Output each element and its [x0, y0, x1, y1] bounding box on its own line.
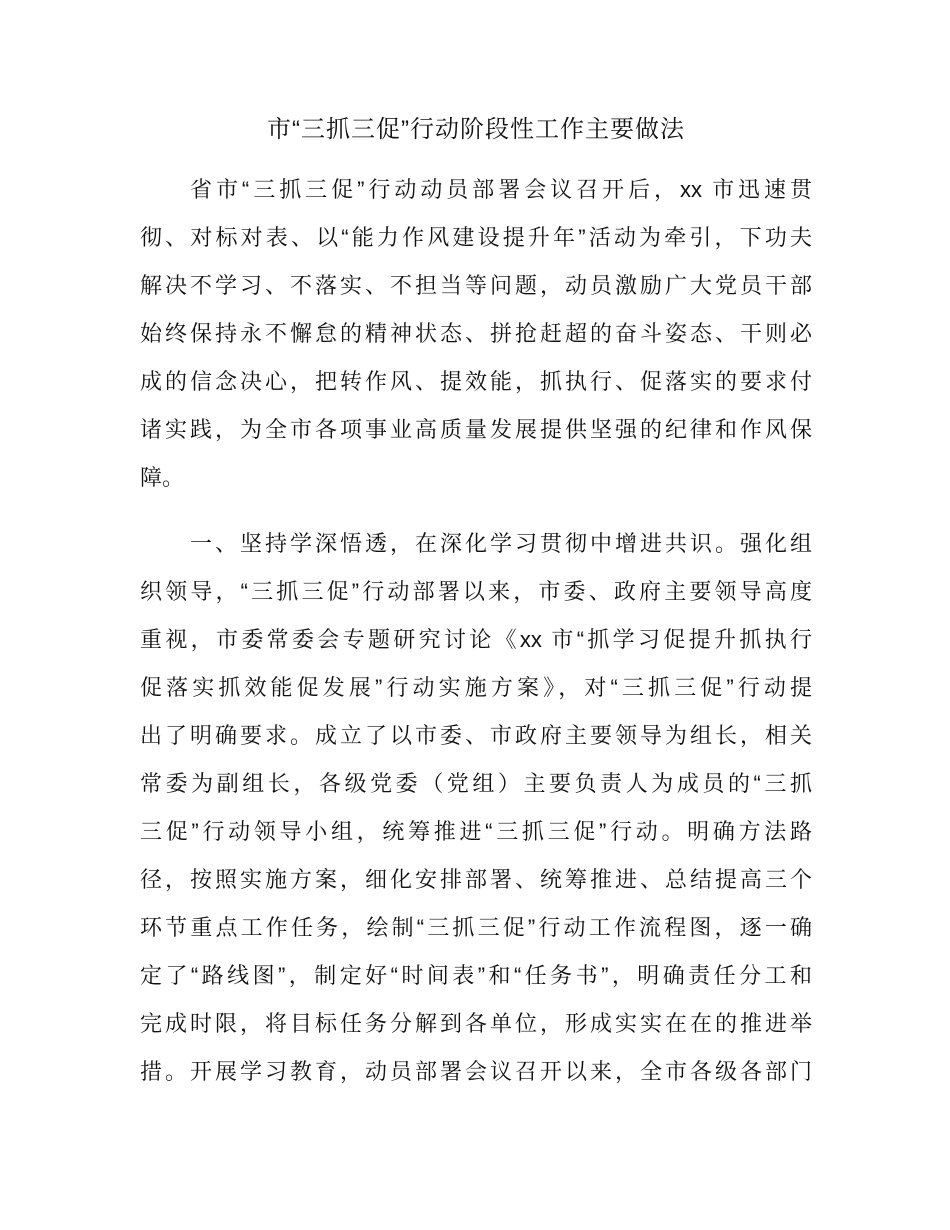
text-line: 始终保持永不懈怠的精神状态、拼抢赶超的奋斗姿态、干则必 — [140, 310, 812, 358]
text-line: 重视，市委常委会专题研究讨论《xx 市“抓学习促提升抓执行 — [140, 616, 812, 664]
document-title: 市“三抓三促”行动阶段性工作主要做法 — [140, 106, 812, 154]
paragraph-section-1: 一、坚持学深悟透，在深化学习贯彻中增进共识。强化组 织领导，“三抓三促”行动部署… — [140, 520, 812, 1096]
text-line: 出了明确要求。成立了以市委、市政府主要领导为组长，相关 — [140, 712, 812, 760]
text-line: 完成时限，将目标任务分解到各单位，形成实实在在的推进举 — [140, 1000, 812, 1048]
text-line: 定了“路线图”，制定好“时间表”和“任务书”，明确责任分工和 — [140, 952, 812, 1000]
text-line: 成的信念决心，把转作风、提效能，抓执行、促落实的要求付 — [140, 358, 812, 406]
text-line: 省市“三抓三促”行动动员部署会议召开后，xx 市迅速贯 — [140, 166, 812, 214]
text-line: 一、坚持学深悟透，在深化学习贯彻中增进共识。强化组 — [140, 520, 812, 568]
document-page: 市“三抓三促”行动阶段性工作主要做法 省市“三抓三促”行动动员部署会议召开后，x… — [0, 0, 950, 1230]
paragraph-intro: 省市“三抓三促”行动动员部署会议召开后，xx 市迅速贯 彻、对标对表、以“能力作… — [140, 166, 812, 502]
text-line: 径，按照实施方案，细化安排部署、统筹推进、总结提高三个 — [140, 856, 812, 904]
text-line: 障。 — [140, 454, 812, 502]
text-line: 三促”行动领导小组，统筹推进“三抓三促”行动。明确方法路 — [140, 808, 812, 856]
text-line: 彻、对标对表、以“能力作风建设提升年”活动为牵引，下功夫 — [140, 214, 812, 262]
text-line: 常委为副组长，各级党委（党组）主要负责人为成员的“三抓 — [140, 760, 812, 808]
text-line: 织领导，“三抓三促”行动部署以来，市委、政府主要领导高度 — [140, 568, 812, 616]
text-line: 环节重点工作任务，绘制“三抓三促”行动工作流程图，逐一确 — [140, 904, 812, 952]
text-line: 措。开展学习教育，动员部署会议召开以来，全市各级各部门 — [140, 1048, 812, 1096]
text-line: 诸实践，为全市各项事业高质量发展提供坚强的纪律和作风保 — [140, 406, 812, 454]
text-line: 促落实抓效能促发展”行动实施方案》，对“三抓三促”行动提 — [140, 664, 812, 712]
text-line: 解决不学习、不落实、不担当等问题，动员激励广大党员干部 — [140, 262, 812, 310]
